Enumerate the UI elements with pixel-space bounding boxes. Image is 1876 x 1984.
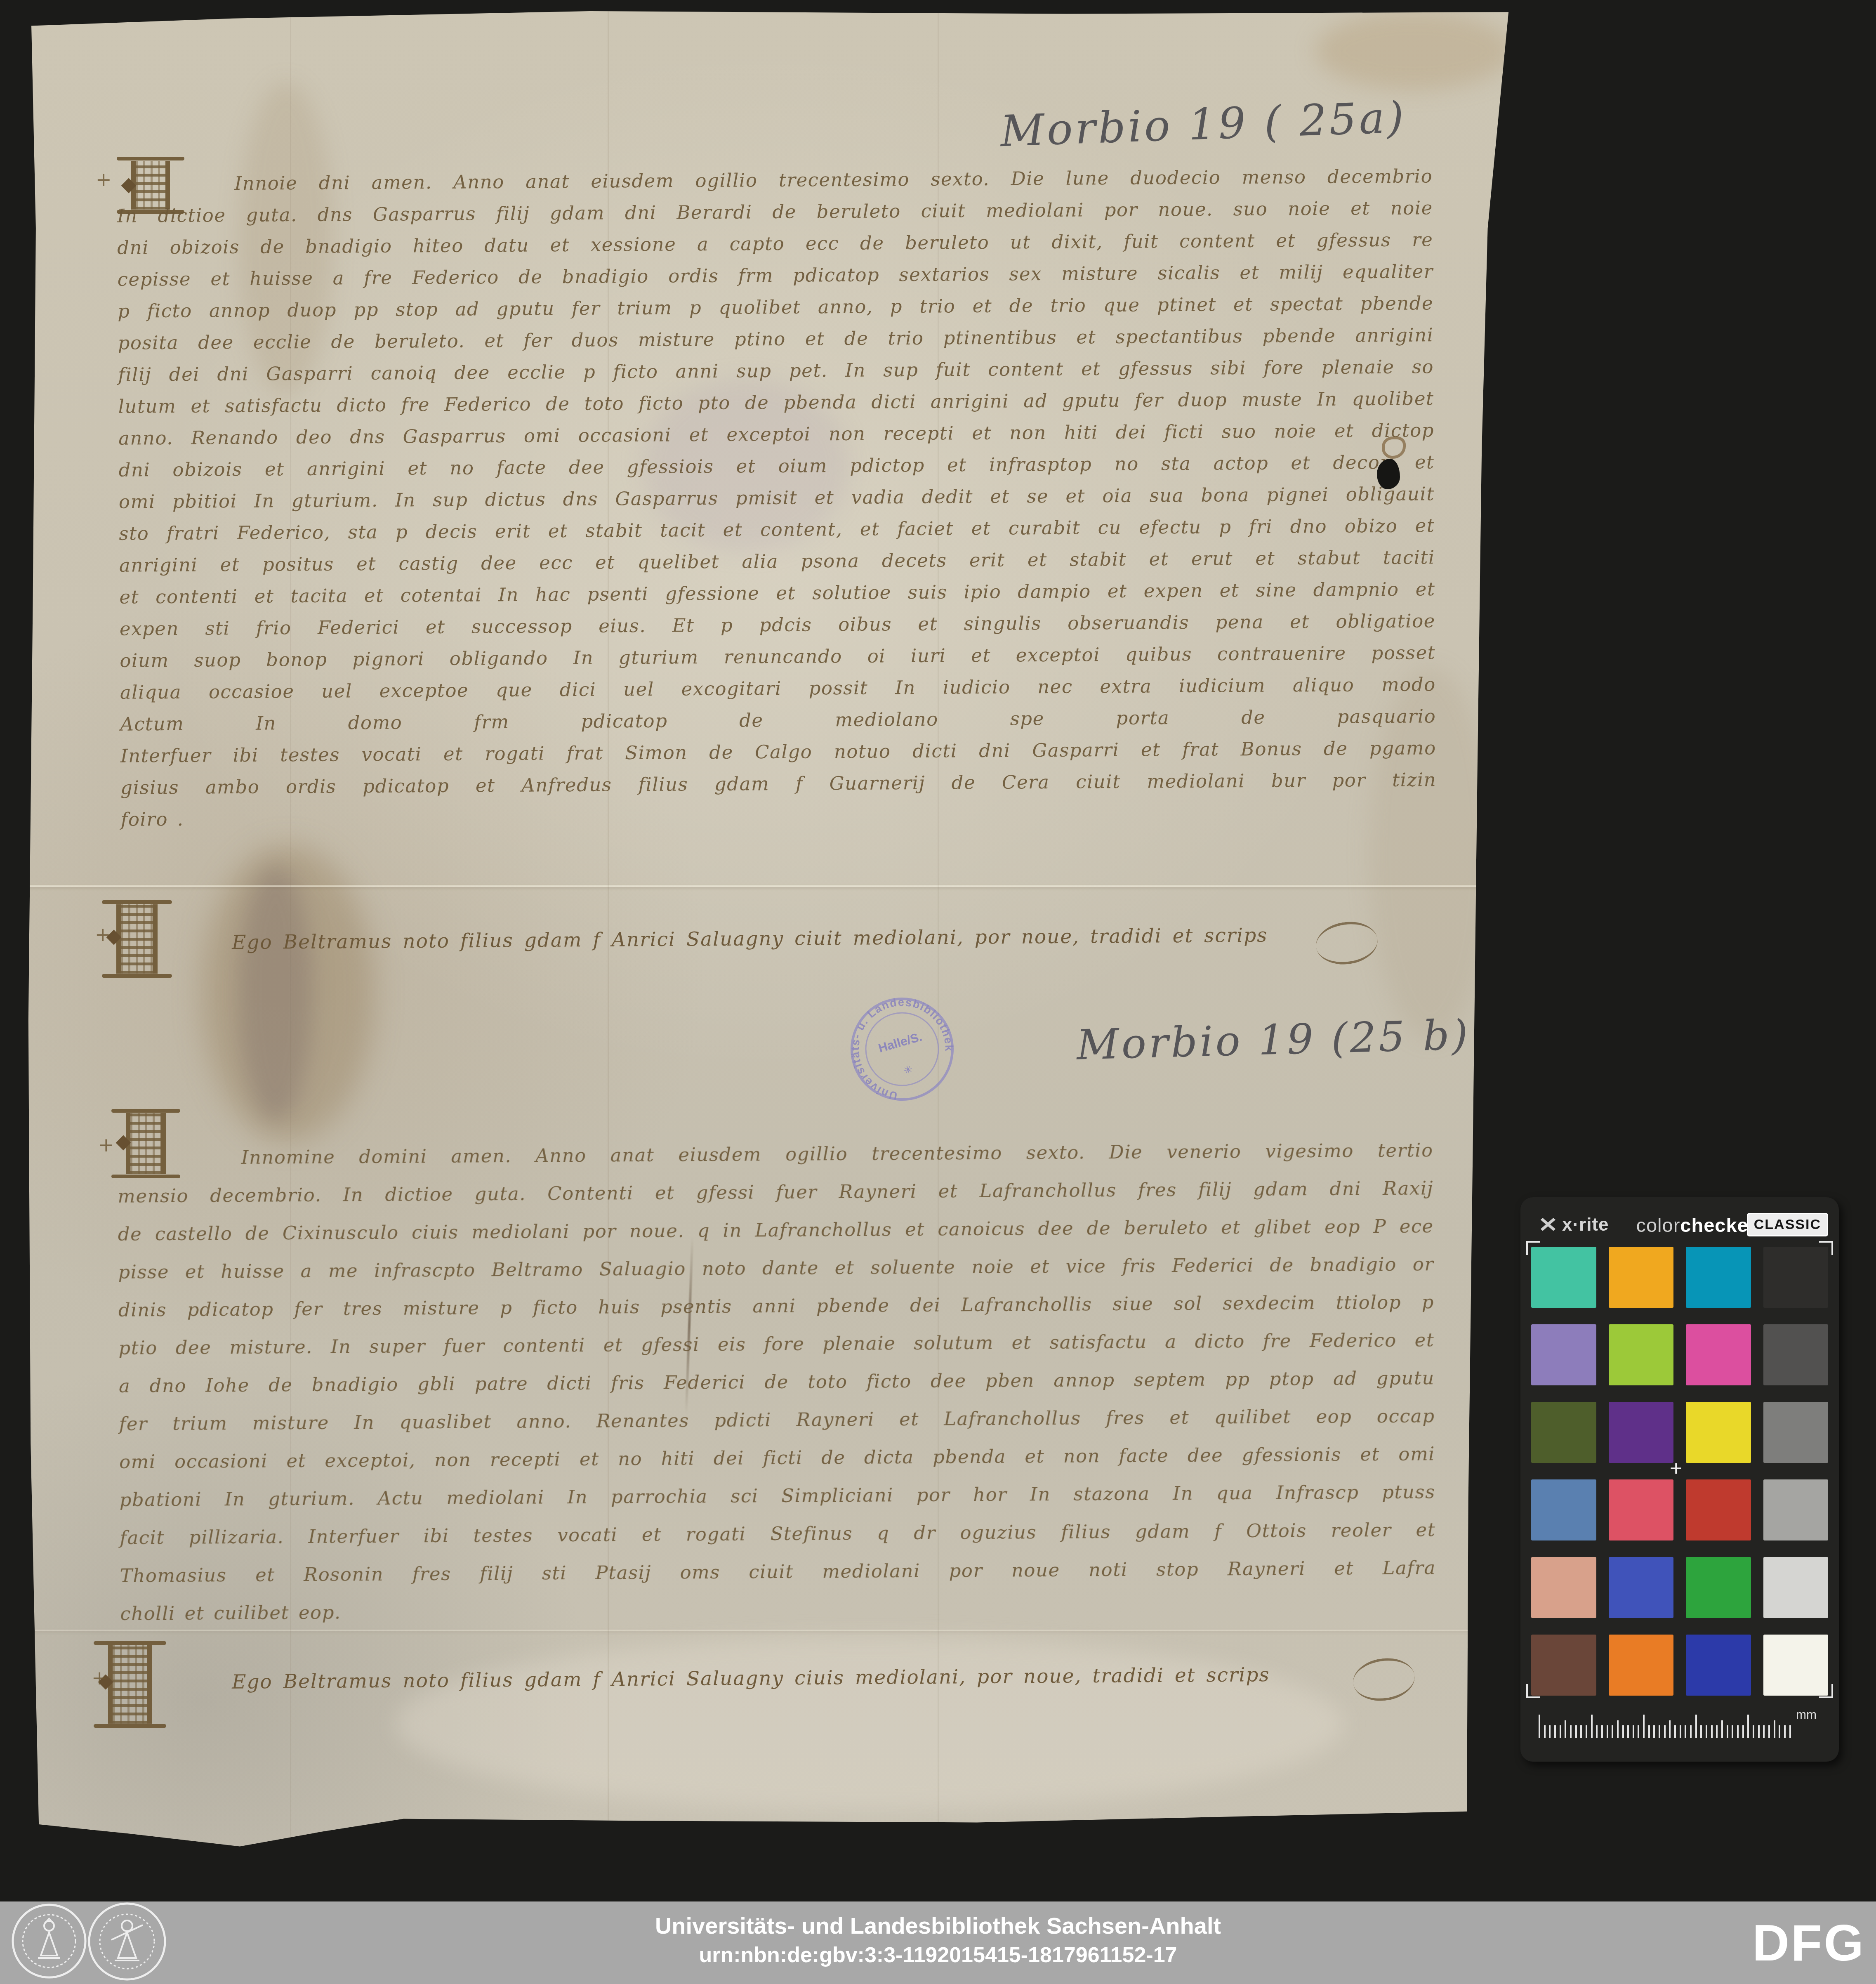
xrite-logo-icon: ✕ bbox=[1538, 1213, 1558, 1237]
ruler-tick bbox=[1643, 1715, 1645, 1738]
ruler-tick bbox=[1570, 1725, 1572, 1738]
crop-mark-icon bbox=[1819, 1241, 1833, 1255]
ruler-tick bbox=[1784, 1725, 1786, 1738]
color-patch bbox=[1763, 1479, 1829, 1540]
color-patch bbox=[1531, 1635, 1596, 1696]
color-patch bbox=[1531, 1402, 1596, 1463]
ruler-tick bbox=[1565, 1720, 1566, 1738]
ruler-tick bbox=[1596, 1725, 1598, 1738]
digitized-manuscript-page: Morbio 19 ( 25a) Morbio 19 (25 b) Univer… bbox=[0, 0, 1876, 1984]
margin-cross-mark: + bbox=[95, 923, 111, 946]
ruler-tick bbox=[1774, 1720, 1775, 1738]
parchment-stain bbox=[395, 1637, 1344, 1810]
university-seal-icon bbox=[10, 1902, 88, 1980]
color-patch bbox=[1609, 1324, 1674, 1385]
ruler-tick bbox=[1758, 1725, 1760, 1738]
xrite-brand: ✕ x·rite bbox=[1539, 1213, 1609, 1237]
notarial-sign bbox=[108, 1645, 152, 1724]
manuscript-line: cholli et cuilibet eop. bbox=[120, 1587, 1436, 1632]
ruler-tick bbox=[1711, 1725, 1713, 1738]
ruler-tick bbox=[1674, 1725, 1676, 1738]
parchment-stain bbox=[238, 866, 313, 1121]
crop-mark-icon bbox=[1819, 1684, 1833, 1698]
ruler-tick bbox=[1586, 1725, 1587, 1738]
margin-cross-mark: + bbox=[98, 1134, 114, 1156]
registration-plus-icon: + bbox=[1670, 1456, 1682, 1481]
ruler-tick bbox=[1544, 1725, 1546, 1738]
colorchecker-card: ✕ x·rite colorchecker CLASSIC + mm bbox=[1520, 1197, 1839, 1762]
ruler-tick bbox=[1690, 1725, 1692, 1738]
ruler-tick bbox=[1727, 1725, 1728, 1738]
notarial-sign bbox=[116, 904, 158, 974]
color-patch bbox=[1686, 1402, 1751, 1463]
ruler-tick bbox=[1716, 1725, 1718, 1738]
ruler-tick bbox=[1549, 1725, 1551, 1738]
ruler-tick bbox=[1680, 1725, 1681, 1738]
charter-text-block-25a: Innoie dni amen. Anno anat eiusdem ogill… bbox=[117, 160, 1437, 835]
color-patch bbox=[1609, 1402, 1674, 1463]
ruler-tick bbox=[1601, 1725, 1603, 1738]
footer-bar: Universitäts- und Landesbibliothek Sachs… bbox=[0, 1901, 1876, 1984]
ruler-tick bbox=[1633, 1725, 1634, 1738]
ruler-tick bbox=[1700, 1725, 1702, 1738]
margin-cross-mark: + bbox=[92, 1667, 108, 1689]
ruler-tick bbox=[1695, 1715, 1697, 1738]
color-patch bbox=[1686, 1557, 1751, 1618]
ruler-tick bbox=[1732, 1725, 1733, 1738]
parchment-stain bbox=[1315, 12, 1513, 90]
ruler-tick bbox=[1627, 1725, 1629, 1738]
ruler-tick bbox=[1768, 1725, 1770, 1738]
ruler-tick bbox=[1669, 1720, 1671, 1738]
color-patch bbox=[1531, 1557, 1596, 1618]
ruler-tick bbox=[1617, 1720, 1619, 1738]
color-patch bbox=[1763, 1247, 1829, 1308]
xrite-brand-label: x·rite bbox=[1562, 1215, 1609, 1235]
colorchecker-header: ✕ x·rite colorchecker CLASSIC bbox=[1520, 1207, 1839, 1240]
ruler-tick bbox=[1560, 1725, 1561, 1738]
classic-badge: CLASSIC bbox=[1747, 1213, 1828, 1236]
ruler-tick bbox=[1685, 1725, 1686, 1738]
ruler-tick bbox=[1742, 1725, 1744, 1738]
stamp-center-text: Halle/S. bbox=[877, 1030, 924, 1055]
color-patch bbox=[1763, 1635, 1829, 1696]
crop-mark-icon bbox=[1526, 1684, 1540, 1698]
color-patch bbox=[1609, 1479, 1674, 1540]
color-patch bbox=[1609, 1557, 1674, 1618]
color-patch bbox=[1763, 1324, 1829, 1385]
ruler-tick bbox=[1554, 1725, 1556, 1738]
colorchecker-title: colorchecker bbox=[1636, 1214, 1756, 1236]
color-patch bbox=[1763, 1402, 1829, 1463]
ruler-tick bbox=[1580, 1725, 1582, 1738]
dfg-logo: DFG bbox=[1752, 1914, 1865, 1972]
color-patch bbox=[1686, 1324, 1751, 1385]
crop-mark-icon bbox=[1526, 1241, 1540, 1255]
ruler-tick bbox=[1653, 1725, 1655, 1738]
library-name: Universitäts- und Landesbibliothek Sachs… bbox=[0, 1912, 1876, 1939]
ruler-tick bbox=[1638, 1725, 1639, 1738]
ruler-tick bbox=[1779, 1725, 1780, 1738]
color-patch bbox=[1686, 1247, 1751, 1308]
ruler-tick bbox=[1659, 1725, 1660, 1738]
color-patch bbox=[1531, 1247, 1596, 1308]
ruler-unit-label: mm bbox=[1796, 1708, 1817, 1722]
color-patch bbox=[1686, 1479, 1751, 1540]
ruler-tick bbox=[1648, 1725, 1650, 1738]
ruler-tick bbox=[1721, 1720, 1723, 1738]
ruler-tick bbox=[1607, 1725, 1608, 1738]
color-patch bbox=[1763, 1557, 1829, 1618]
ruler-tick bbox=[1622, 1725, 1624, 1738]
ruler-tick bbox=[1706, 1725, 1707, 1738]
ruler-tick bbox=[1575, 1725, 1577, 1738]
ruler-tick bbox=[1747, 1715, 1749, 1738]
ruler-tick bbox=[1612, 1725, 1613, 1738]
color-patch bbox=[1609, 1635, 1674, 1696]
stamp-star: ✳ bbox=[902, 1063, 914, 1077]
ruler-tick bbox=[1789, 1725, 1791, 1738]
ruler-tick bbox=[1591, 1715, 1593, 1738]
margin-cross-mark: + bbox=[96, 168, 112, 191]
ruler-tick bbox=[1664, 1725, 1666, 1738]
fold-crease bbox=[24, 885, 1513, 887]
ruler-tick bbox=[1539, 1715, 1540, 1738]
ruler-tick bbox=[1763, 1725, 1765, 1738]
color-patch bbox=[1686, 1635, 1751, 1696]
parchment-hole bbox=[1377, 459, 1400, 489]
shelfmark-annotation-middle: Morbio 19 (25 b) bbox=[1076, 1011, 1471, 1069]
ruler-tick bbox=[1753, 1725, 1754, 1738]
charter-text-block-25b: Innomine domini amen. Anno anat eiusdem … bbox=[117, 1131, 1436, 1632]
color-patch bbox=[1531, 1324, 1596, 1385]
color-patch bbox=[1609, 1247, 1674, 1308]
university-seal-icon bbox=[86, 1900, 168, 1983]
mm-ruler bbox=[1539, 1711, 1791, 1738]
colorchecker-title-bold: checker bbox=[1680, 1214, 1756, 1236]
ruler-tick bbox=[1737, 1725, 1739, 1738]
urn-identifier: urn:nbn:de:gbv:3:3-1192015415-1817961152… bbox=[0, 1943, 1876, 1967]
colorchecker-title-light: color bbox=[1636, 1214, 1680, 1236]
color-patch bbox=[1531, 1479, 1596, 1540]
